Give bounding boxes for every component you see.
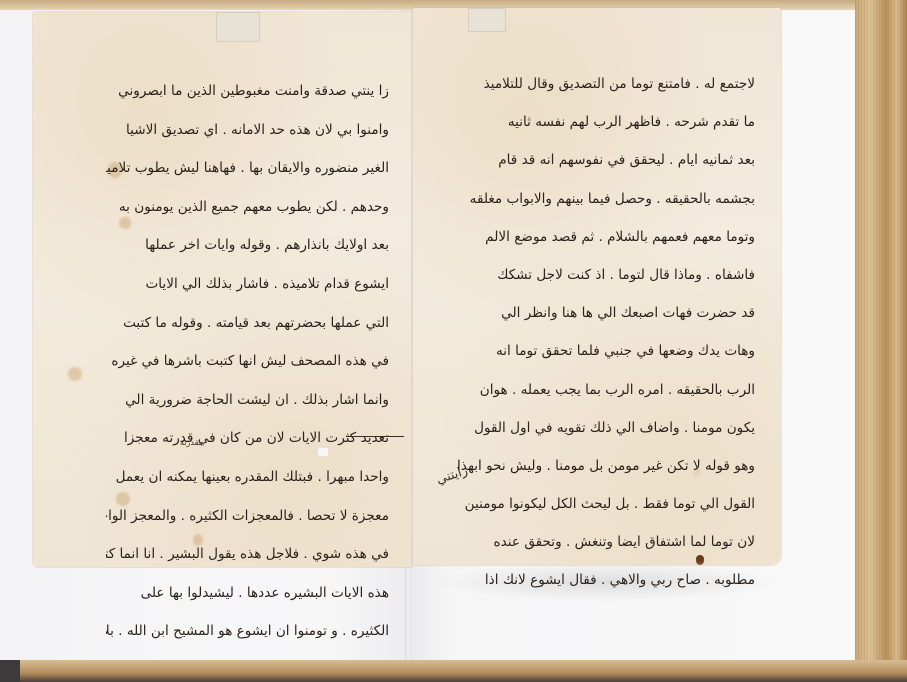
text-line: الغير منضوره والايقان بها . فهاهنا ليش ي… (106, 149, 389, 188)
interlinear-note: مقدرته (180, 438, 203, 447)
text-line: ما تقدم شرحه . فاظهر الرب لهم نفسه ثانيه (425, 103, 755, 141)
text-line: لاجتمع له . فامتنع توما من التصديق وقال … (425, 65, 755, 103)
text-line: الكثيره . و تومنوا ان ايشوع هو المشيح اب… (106, 612, 389, 651)
text-line: في هذه المصحف ليش انها كتبت باشرها في غي… (106, 342, 389, 381)
text-line: وهات يدك وضعها في جنبي فلما تحقق توما ان… (425, 332, 755, 370)
text-line: مطلوبه . صاح ربي والاهي . فقال ايشوع لان… (425, 561, 755, 599)
manuscript-photo: زا ينتي صدقة وامنت مغبوطين الذين ما ابصر… (0, 0, 907, 682)
text-line: لان توما لما اشتفاق ايضا وتنغش . وتحقق ع… (425, 523, 755, 561)
foxing-stain (68, 367, 82, 381)
repair-tape (216, 12, 260, 42)
left-page-text: زا ينتي صدقة وامنت مغبوطين الذين ما ابصر… (106, 72, 389, 651)
text-line: فاشفاه . وماذا قال لتوما . اذ كنت لاجل ت… (425, 256, 755, 294)
text-line: وهو قوله لا تكن غير مومن بل مومنا . وليش… (425, 447, 755, 485)
right-page-text: لاجتمع له . فامتنع توما من التصديق وقال … (425, 65, 755, 600)
text-line: واحدا مبهرا . فبتلك المقدره بعينها يمكنه… (106, 458, 389, 497)
text-line: يكون مومنا . واضاف الي ذلك تقويه في اول … (425, 409, 755, 447)
text-line: في هذه شوي . فلاجل هذه يقول البشير . انا… (106, 535, 389, 574)
text-line: القول الي توما فقط . بل ليحث الكل ليكونو… (425, 485, 755, 523)
text-line: الرب بالحقيقه . امره الرب بما يجب يعمله … (425, 371, 755, 409)
bottom-binding-edge (0, 660, 907, 682)
text-line: وتوما معهم فعمهم بالشلام . ثم قصد موضع ا… (425, 218, 755, 256)
text-line: هذه الايات البشيره عددها . ليشيدلوا بها … (106, 574, 389, 613)
ruling-mark (346, 436, 404, 437)
text-line: بجشمه بالحقيقه . وحصل فيما بينهم والابوا… (425, 180, 755, 218)
text-line: ايشوع قدام تلاميذه . فاشار بذلك الي الاي… (106, 265, 389, 304)
text-line: تعديد كثرت الايات لان من كان في قدرته مع… (106, 419, 389, 458)
repair-tape (468, 8, 506, 32)
text-line: زا ينتي صدقة وامنت مغبوطين الذين ما ابصر… (106, 72, 389, 111)
book-foredge (855, 0, 907, 682)
text-line: قد حضرت فهات اصبعك الي ها هنا وانظر الي (425, 294, 755, 332)
text-line: وامنوا بي لان هذه حد الامانه . اي تصديق … (106, 111, 389, 150)
text-line: وانما اشار بذلك . ان ليشت الحاجة ضرورية … (106, 381, 389, 420)
text-line: بعد ثمانيه ايام . ليحقق في نفوسهم انه قد… (425, 141, 755, 179)
text-line: وحدهم . لكن يطوب معهم جميع الذين يومنون … (106, 188, 389, 227)
text-line: معجزة لا تحصا . فالمعجزات الكثيره . والم… (106, 497, 389, 536)
text-line: بعد اولايك بانذارهم . وقوله وايات اخر عم… (106, 226, 389, 265)
text-line: التي عملها بحضرتهم بعد قيامته . وقوله ما… (106, 304, 389, 343)
